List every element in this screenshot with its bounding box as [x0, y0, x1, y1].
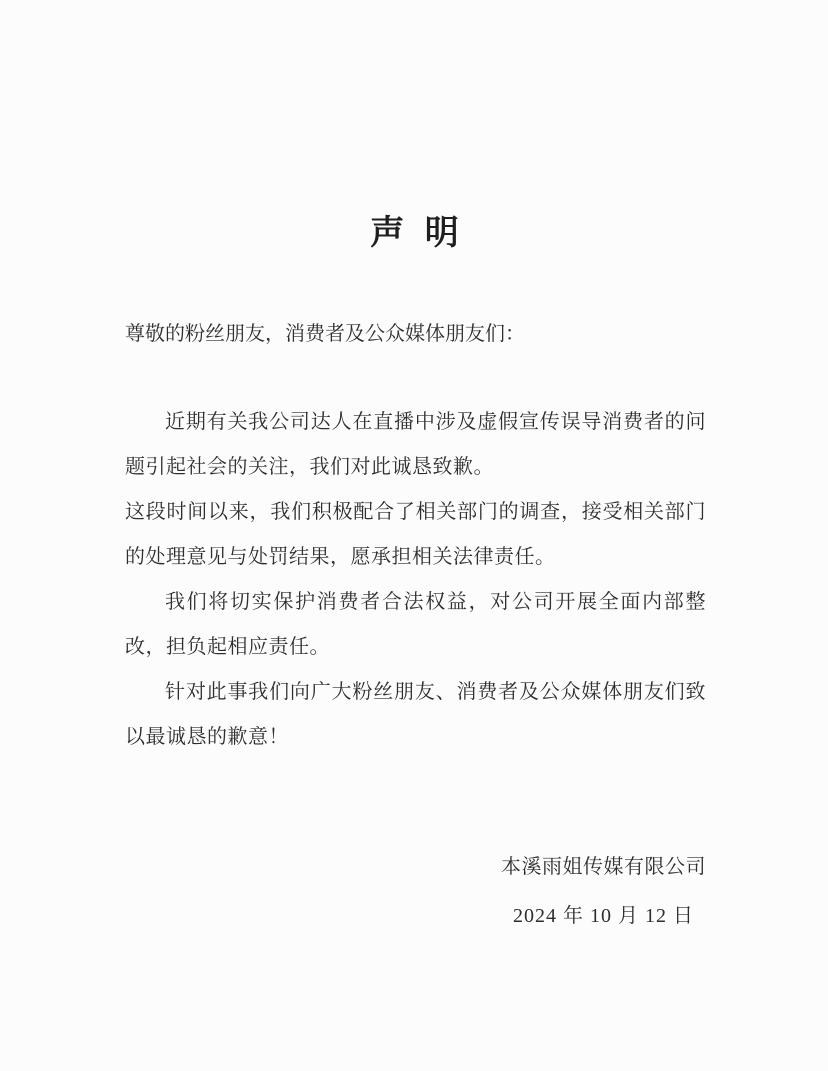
statement-page: 声 明 尊敬的粉丝朋友，消费者及公众媒体朋友们： 近期有关我公司达人在直播中涉及…	[0, 0, 828, 1071]
statement-title: 声 明	[125, 214, 706, 254]
signature-block: 本溪雨姐传媒有限公司 2024 年 10 月 12 日	[501, 855, 706, 929]
body-paragraph: 这段时间以来，我们积极配合了相关部门的调查，接受相关部门的处理意见与处罚结果，愿…	[125, 490, 706, 580]
statement-body: 近期有关我公司达人在直播中涉及虚假宣传误导消费者的问题引起社会的关注，我们对此诚…	[125, 400, 706, 760]
salutation: 尊敬的粉丝朋友，消费者及公众媒体朋友们：	[125, 312, 706, 357]
statement-date: 2024 年 10 月 12 日	[501, 904, 706, 929]
body-paragraph: 针对此事我们向广大粉丝朋友、消费者及公众媒体朋友们致以最诚恳的歉意！	[125, 670, 706, 760]
body-paragraph: 我们将切实保护消费者合法权益，对公司开展全面内部整改，担负起相应责任。	[125, 580, 706, 670]
body-paragraph: 近期有关我公司达人在直播中涉及虚假宣传误导消费者的问题引起社会的关注，我们对此诚…	[125, 400, 706, 490]
company-signature: 本溪雨姐传媒有限公司	[501, 855, 706, 880]
